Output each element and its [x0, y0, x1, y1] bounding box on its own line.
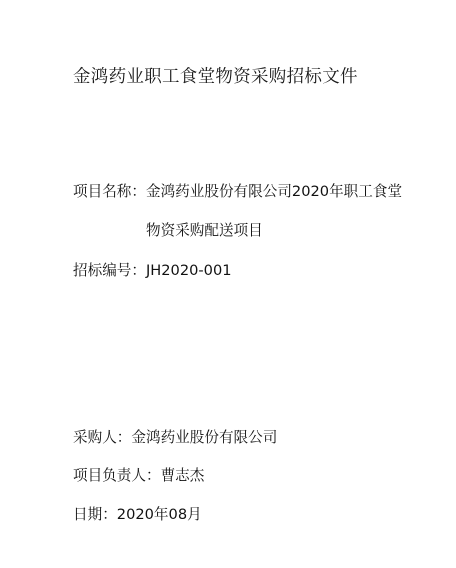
- date-label: 日期：: [73, 506, 117, 523]
- project-manager-label: 项目负责人：: [73, 467, 161, 484]
- bid-number-value: JH2020-001: [146, 262, 232, 279]
- project-manager-value: 曹志杰: [161, 467, 205, 484]
- project-name-value: 金鸿药业股份有限公司2020年职工食堂: [146, 183, 402, 200]
- date-value: 2020年08月: [117, 506, 202, 523]
- purchaser-row: 采购人：金鸿药业股份有限公司: [73, 429, 277, 447]
- project-name-continuation: 物资采购配送项目: [146, 222, 263, 240]
- document-page: 金鸿药业职工食堂物资采购招标文件 项目名称：金鸿药业股份有限公司2020年职工食…: [0, 0, 456, 568]
- project-manager-row: 项目负责人：曹志杰: [73, 467, 204, 485]
- bid-number-label: 招标编号：: [73, 262, 146, 279]
- purchaser-value: 金鸿药业股份有限公司: [131, 429, 277, 446]
- bid-number-row: 招标编号：JH2020-001: [73, 262, 232, 280]
- purchaser-label: 采购人：: [73, 429, 131, 446]
- project-name-label: 项目名称：: [73, 183, 146, 200]
- project-name-row: 项目名称：金鸿药业股份有限公司2020年职工食堂: [73, 183, 402, 201]
- date-row: 日期：2020年08月: [73, 506, 202, 524]
- document-title: 金鸿药业职工食堂物资采购招标文件: [73, 66, 358, 88]
